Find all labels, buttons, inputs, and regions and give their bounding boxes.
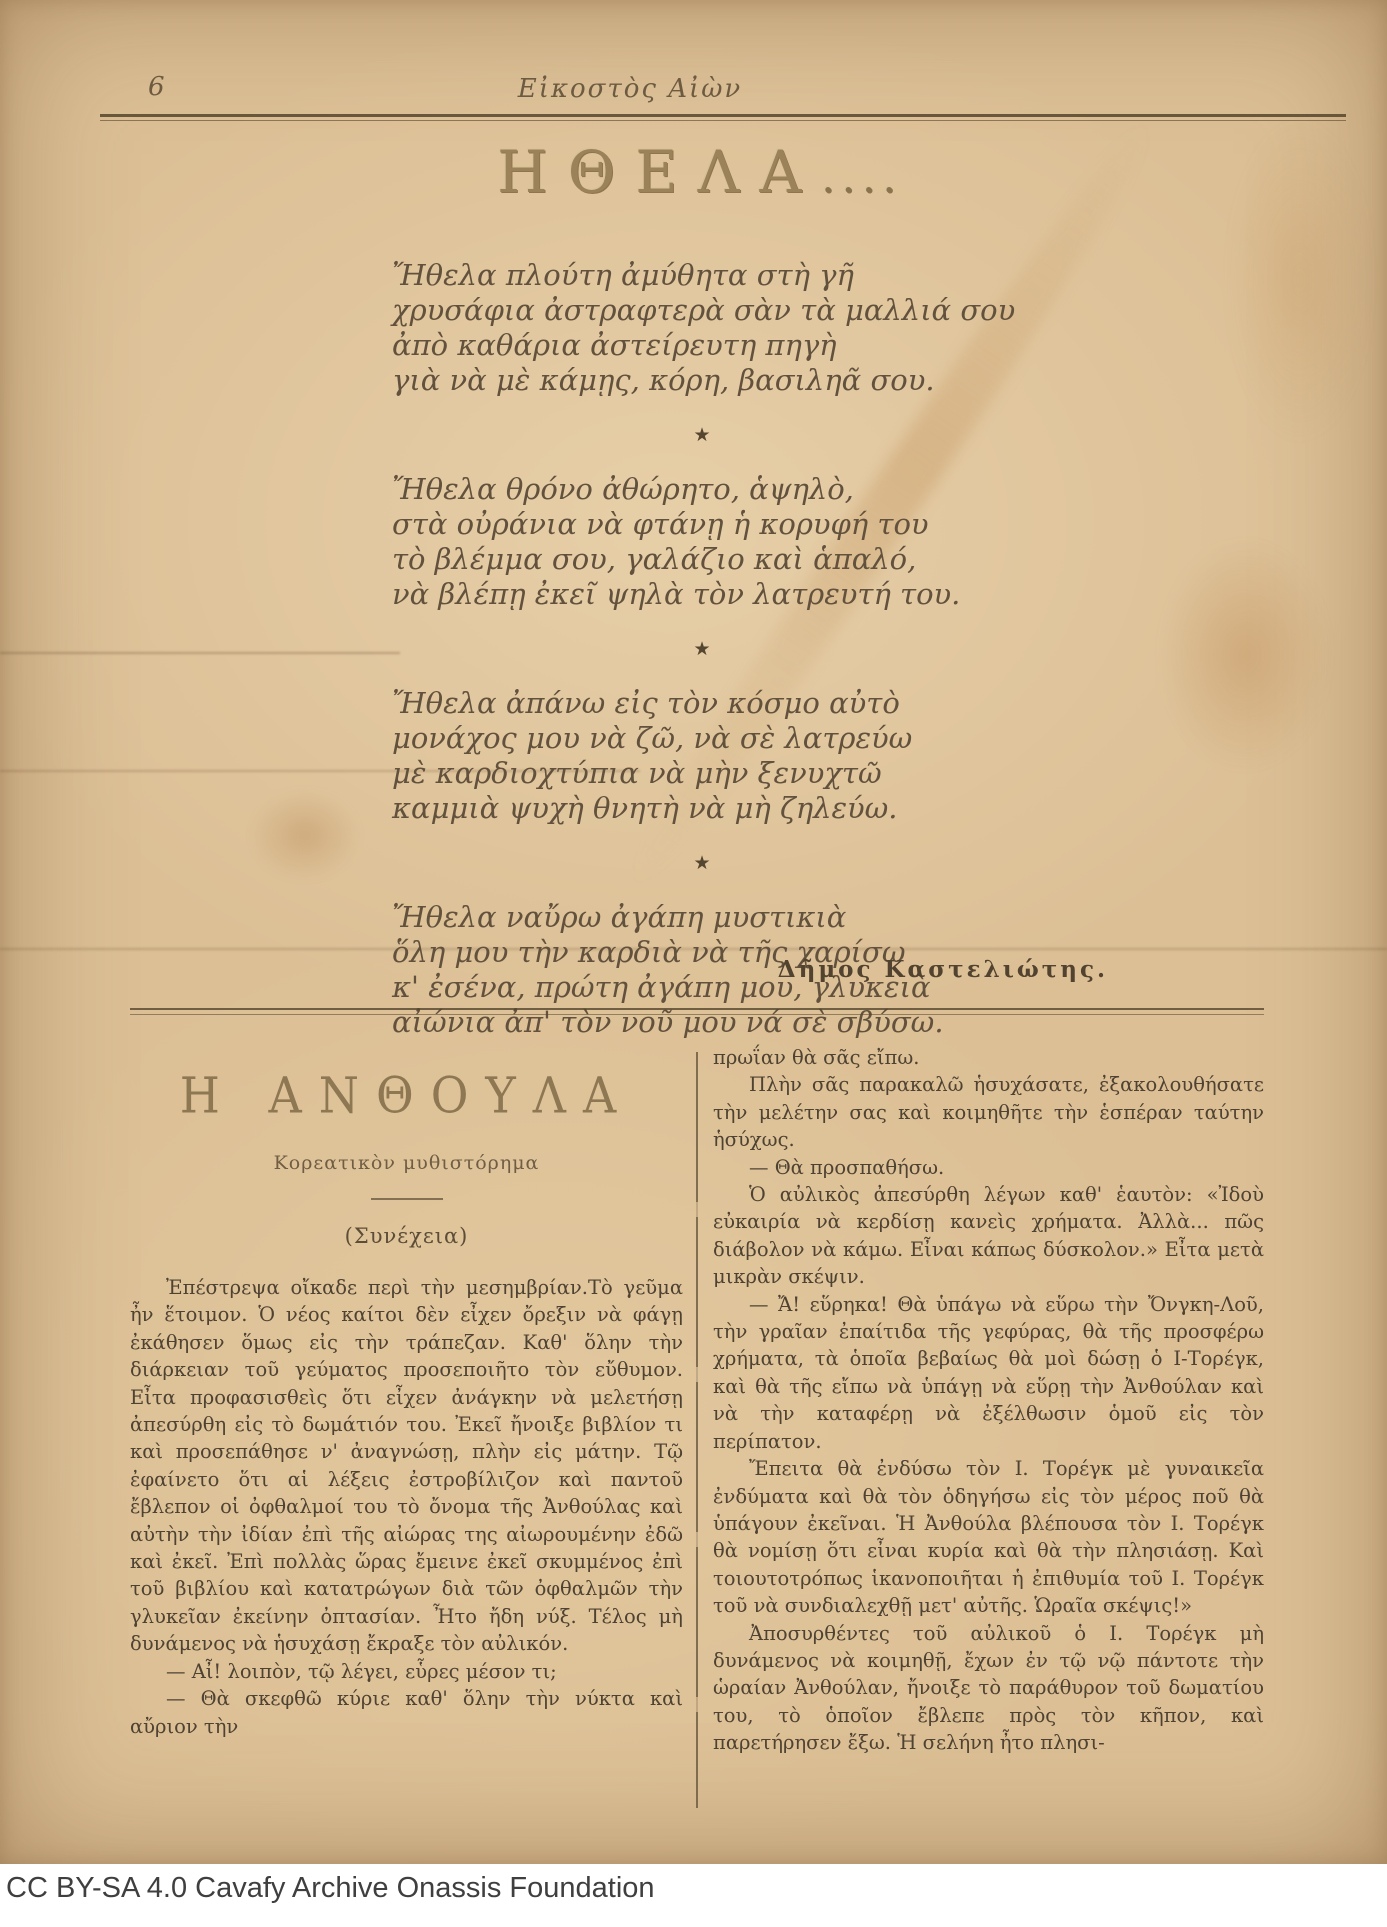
stanza-separator-star-icon: ★	[392, 612, 1012, 686]
license-caption: CC BY-SA 4.0 Cavafy Archive Onassis Foun…	[6, 1872, 1387, 1905]
stanza-separator-star-icon: ★	[392, 826, 1012, 900]
column-divider-rule	[696, 1052, 698, 1808]
story-paragraph: πρωΐαν θὰ σᾶς εἴπω.	[713, 1044, 1264, 1071]
story-column-left: Η ΑΝΘΟΥΛΑ Κορεατικὸν μυθιστόρημα (Συνέχε…	[130, 1046, 683, 1740]
continuation-label: (Συνέχεια)	[130, 1224, 683, 1248]
right-edge-stain	[1160, 540, 1330, 770]
story-paragraph: Ἀποσυρθέντες τοῦ αὐλικοῦ ὁ Ι. Τορέγκ μὴ …	[713, 1620, 1264, 1757]
story-paragraph: — Θὰ προσπαθήσω.	[713, 1154, 1264, 1181]
footer-strip: CC BY-SA 4.0 Cavafy Archive Onassis Foun…	[0, 1864, 1387, 1927]
story-paragraph: Ἐπέστρεψα οἴκαδε περὶ τὴν μεσημβρίαν.Τὸ …	[130, 1274, 683, 1658]
poem-line: Ἤθελα ἀπάνω εἰς τὸν κόσμο αὐτὸ	[392, 686, 1052, 721]
masthead-title: Εἰκοστὸς Αἰὼν	[0, 74, 1260, 104]
poem-line: γιὰ νὰ μὲ κάμῃς, κόρη, βασιληᾶ σου.	[392, 363, 1052, 398]
poem-title-text: ΗΘΕΛΑ	[497, 138, 821, 206]
poem-line: στὰ οὐράνια νὰ φτάνῃ ἡ κορυφή του	[392, 507, 1052, 542]
header-rule	[100, 114, 1346, 121]
poem-line: Ἤθελα θρόνο ἀθώρητο, ἁψηλὸ,	[392, 472, 1052, 507]
story-paragraph: — Θὰ σκεφθῶ κύριε καθ' ὅλην τὴν νύκτα κα…	[130, 1685, 683, 1740]
story-text-left: Ἐπέστρεψα οἴκαδε περὶ τὴν μεσημβρίαν.Τὸ …	[130, 1274, 683, 1740]
scanned-newspaper-page: 6 Εἰκοστὸς Αἰὼν ΗΘΕΛΑ.... Ἤθελα πλούτη ἀ…	[0, 0, 1387, 1864]
poem-stanza: Ἤθελα ἀπάνω εἰς τὸν κόσμο αὐτὸ μονάχος μ…	[392, 686, 1052, 826]
poem-stanza: Ἤθελα θρόνο ἀθώρητο, ἁψηλὸ, στὰ οὐράνια …	[392, 472, 1052, 612]
poem-stanza: Ἤθελα πλούτη ἀμύθητα στὴ γῆ χρυσάφια ἀστ…	[392, 258, 1052, 398]
poem-title-dots: ....	[821, 153, 902, 202]
story-text-right: πρωΐαν θὰ σᾶς εἴπω. Πλὴν σᾶς παρακαλῶ ἡσ…	[713, 1044, 1264, 1757]
poem-line: ἀπὸ καθάρια ἀστείρευτη πηγὴ	[392, 328, 1052, 363]
poem-line: τὸ βλέμμα σου, γαλάζιο καὶ ἁπαλό,	[392, 542, 1052, 577]
poem: Ἤθελα πλούτη ἀμύθητα στὴ γῆ χρυσάφια ἀστ…	[392, 258, 1052, 1040]
poem-line: Ἤθελα πλούτη ἀμύθητα στὴ γῆ	[392, 258, 1052, 293]
story-title-rule	[371, 1198, 443, 1200]
paper-crease	[0, 652, 400, 654]
story-paragraph: Ὁ αὐλικὸς ἀπεσύρθη λέγων καθ' ἑαυτὸν: «Ἰ…	[713, 1181, 1264, 1291]
poem-line: μὲ καρδιοχτύπια νὰ μὴν ξενυχτῶ	[392, 756, 1052, 791]
left-stain	[250, 790, 360, 880]
poem-line: νὰ βλέπῃ ἐκεῖ ψηλὰ τὸν λατρευτή του.	[392, 577, 1052, 612]
poem-title: ΗΘΕΛΑ....	[0, 138, 1387, 206]
story-title: Η ΑΝΘΟΥΛΑ	[130, 1066, 683, 1124]
story-paragraph: Ἔπειτα θὰ ἐνδύσω τὸν Ι. Τορέγκ μὲ γυναικ…	[713, 1455, 1264, 1619]
story-paragraph: — Ἄ! εὕρηκα! Θὰ ὑπάγω νὰ εὕρω τὴν Ὄνγκη-…	[713, 1291, 1264, 1455]
story-subtitle: Κορεατικὸν μυθιστόρημα	[130, 1152, 683, 1174]
poem-line: μονάχος μου νὰ ζῶ, νὰ σὲ λατρεύω	[392, 721, 1052, 756]
stanza-separator-star-icon: ★	[392, 398, 1012, 472]
story-paragraph: Πλὴν σᾶς παρακαλῶ ἡσυχάσατε, ἐξακολουθήσ…	[713, 1071, 1264, 1153]
poem-line: Ἤθελα ναὔρω ἀγάπη μυστικιὰ	[392, 900, 1052, 935]
story-column-right: πρωΐαν θὰ σᾶς εἴπω. Πλὴν σᾶς παρακαλῶ ἡσ…	[713, 1044, 1264, 1757]
poem-signature: Δῆμος Καστελιώτης.	[0, 956, 1108, 983]
poem-line: καμμιὰ ψυχὴ θνητὴ νὰ μὴ ζηλεύω.	[392, 791, 1052, 826]
story-paragraph: — Αἶ! λοιπὸν, τῷ λέγει, εὗρες μέσον τι;	[130, 1658, 683, 1685]
poem-line: χρυσάφια ἀστραφτερὰ σὰν τὰ μαλλιά σου	[392, 293, 1052, 328]
section-divider-rule	[130, 1008, 1264, 1015]
